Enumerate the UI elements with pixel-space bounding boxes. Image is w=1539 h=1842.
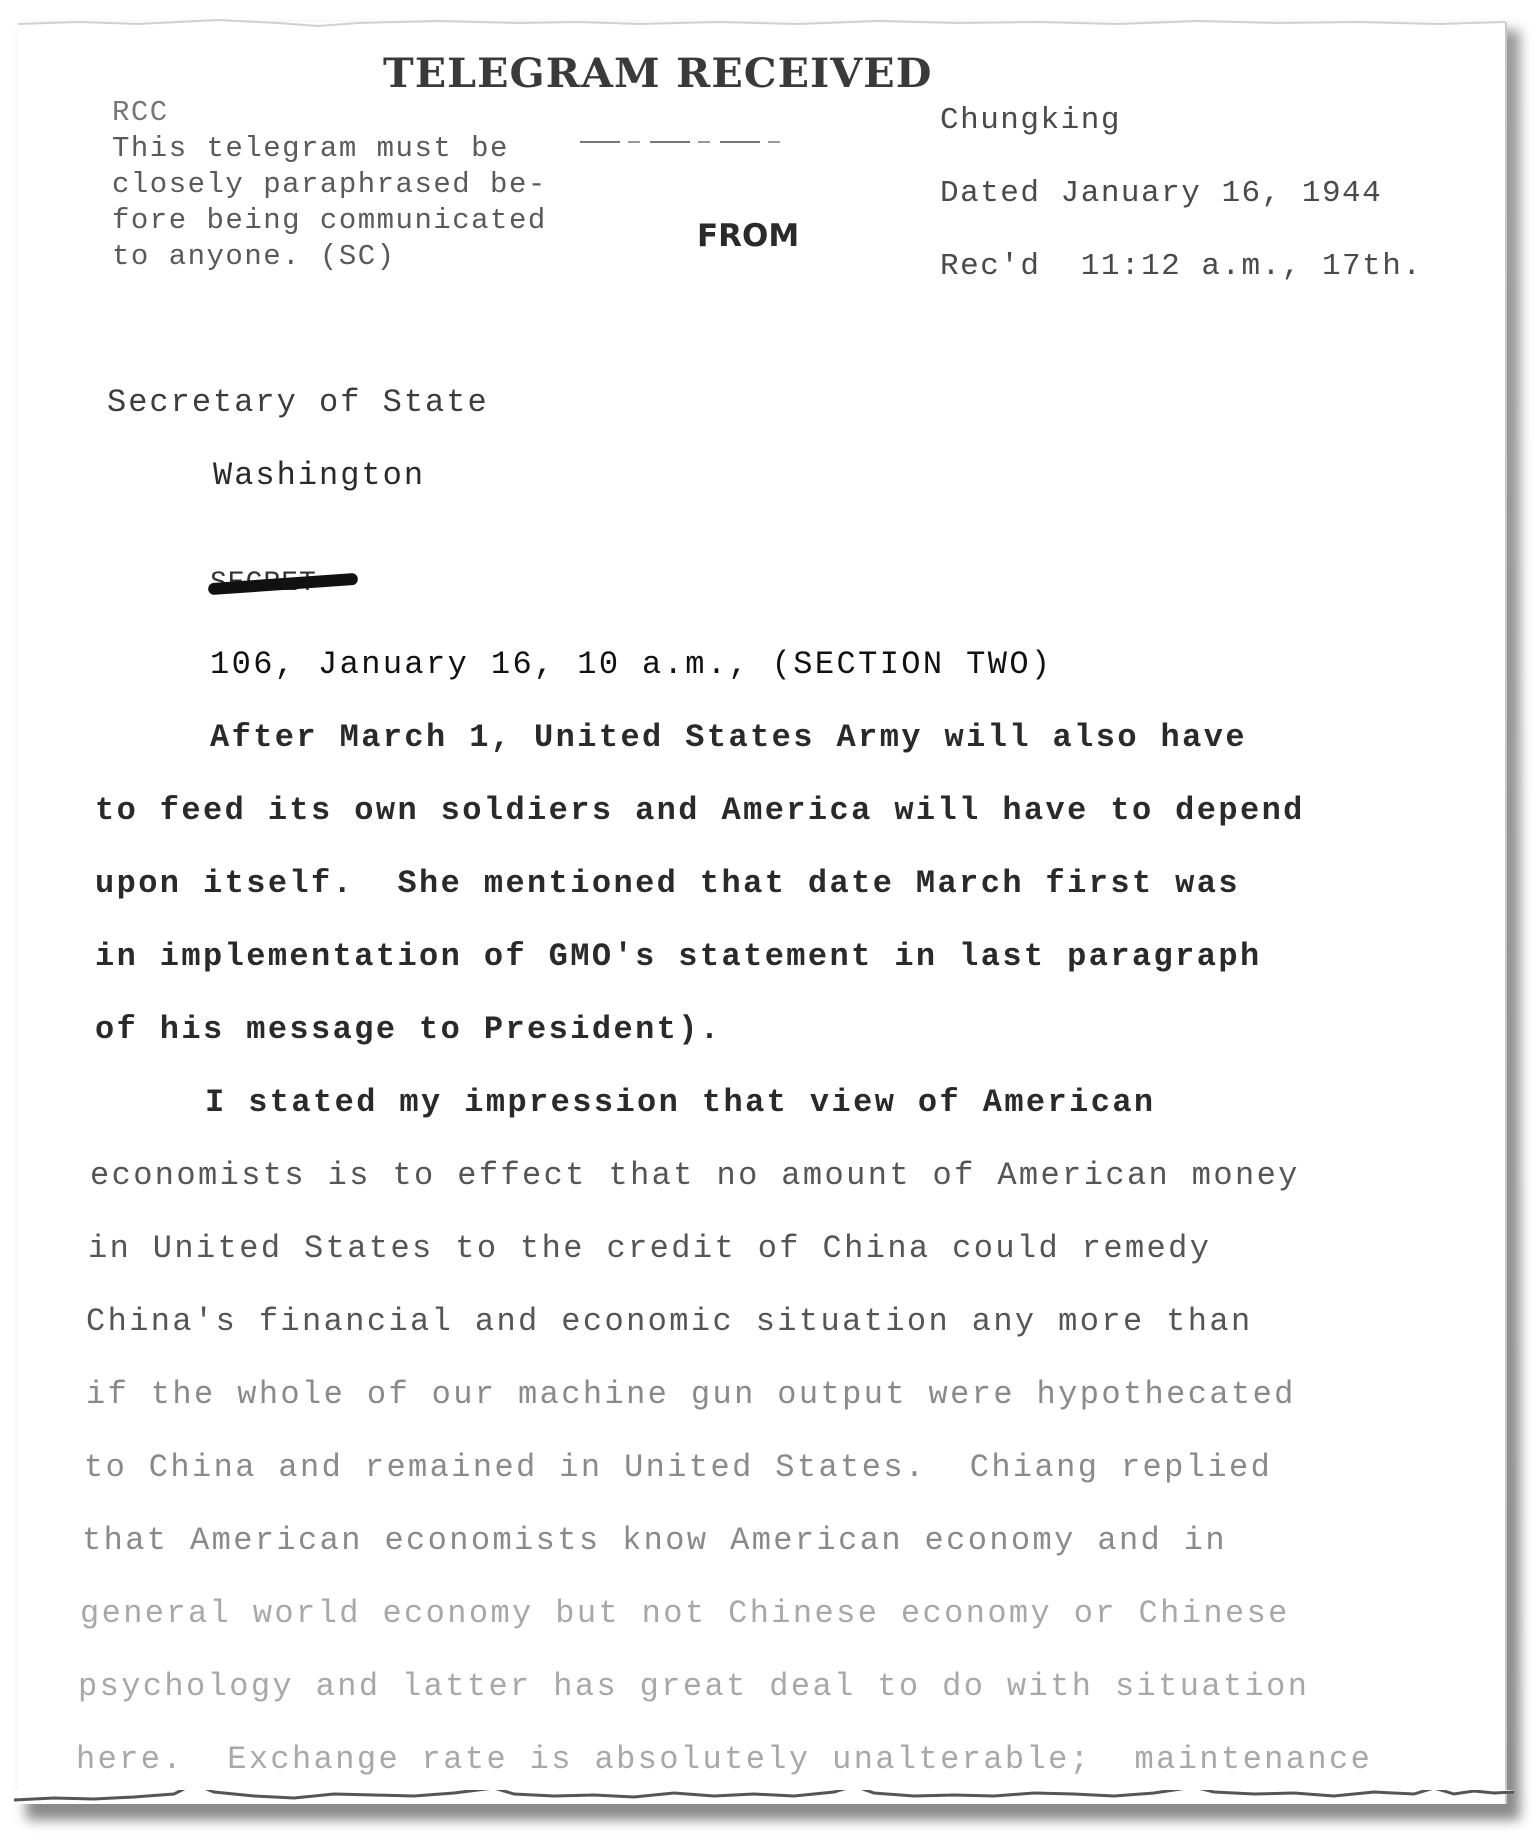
notice-line-3: fore being communicated	[112, 204, 547, 237]
body-line: if the whole of our machine gun output w…	[86, 1376, 1296, 1413]
notice-line-1: This telegram must be	[112, 132, 509, 165]
notice-line-4: to anyone. (SC)	[112, 240, 396, 273]
body-line: to feed its own soldiers and America wil…	[95, 792, 1305, 829]
body-line: that American economists know American e…	[82, 1522, 1227, 1559]
body-line: of his message to President).	[95, 1011, 722, 1048]
torn-top-edge	[18, 14, 1505, 28]
body-line: general world economy but not Chinese ec…	[80, 1595, 1290, 1632]
body-line: to China and remained in United States. …	[84, 1449, 1272, 1486]
document-title: TELEGRAM RECEIVED	[383, 50, 932, 97]
origin-city: Chungking	[940, 103, 1121, 138]
body-line: China's financial and economic situation…	[86, 1303, 1253, 1340]
addressee-line-2: Washington	[213, 457, 425, 494]
body-line: here. Exchange rate is absolutely unalte…	[76, 1741, 1372, 1778]
routing-code: RCC	[112, 96, 169, 129]
body-line: psychology and latter has great deal to …	[78, 1668, 1309, 1705]
addressee-line-1: Secretary of State	[107, 384, 489, 421]
body-line: economists is to effect that no amount o…	[90, 1157, 1300, 1194]
body-line: in United States to the credit of China …	[88, 1230, 1211, 1267]
body-line: upon itself. She mentioned that date Mar…	[95, 865, 1240, 902]
reference-line: 106, January 16, 10 a.m., (SECTION TWO)	[210, 646, 1053, 683]
from-label: FROM	[697, 218, 799, 254]
torn-bottom-edge	[14, 1790, 1514, 1820]
dashed-rule	[580, 141, 790, 143]
received-line: Rec'd 11:12 a.m., 17th.	[940, 249, 1422, 284]
body-line: After March 1, United States Army will a…	[210, 719, 1247, 756]
body-line: I stated my impression that view of Amer…	[205, 1084, 1156, 1121]
dated-line: Dated January 16, 1944	[940, 176, 1382, 211]
body-line: in implementation of GMO's statement in …	[95, 938, 1262, 975]
notice-line-2: closely paraphrased be-	[112, 168, 547, 201]
